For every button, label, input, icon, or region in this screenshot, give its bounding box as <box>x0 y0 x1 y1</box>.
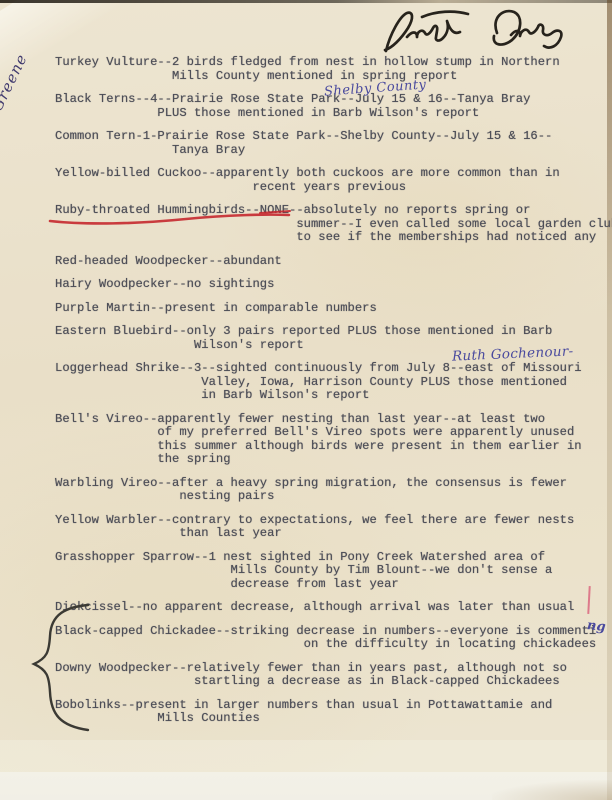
report-entry: Grasshopper Sparrow--1 nest sighted in P… <box>55 551 600 592</box>
handwritten-word-ending: ng <box>586 618 606 635</box>
report-entry: Common Tern-1-Prairie Rose State Park--S… <box>55 130 600 157</box>
paper-tone-band <box>0 740 612 772</box>
report-line: Yellow Warbler--contrary to expectations… <box>55 514 600 528</box>
report-line: than last year <box>55 527 600 541</box>
report-line: Purple Martin--present in comparable num… <box>55 302 600 316</box>
report-entry: Bobolinks--present in larger numbers tha… <box>55 699 600 726</box>
report-line: startling a decrease as in Black-capped … <box>55 675 600 689</box>
report-line: Red-headed Woodpecker--abundant <box>55 255 600 269</box>
report-entry: Yellow Warbler--contrary to expectations… <box>55 514 600 541</box>
report-line: decrease from last year <box>55 578 600 592</box>
report-line: the spring <box>55 453 600 467</box>
report-entry: Warbling Vireo--after a heavy spring mig… <box>55 477 600 504</box>
report-line: Eastern Bluebird--only 3 pairs reported … <box>55 325 600 339</box>
report-line: Grasshopper Sparrow--1 nest sighted in P… <box>55 551 600 565</box>
report-line: Valley, Iowa, Harrison County PLUS those… <box>55 376 600 390</box>
report-line: Bell's Vireo--apparently fewer nesting t… <box>55 413 600 427</box>
report-entry: Purple Martin--present in comparable num… <box>55 302 600 316</box>
report-line: recent years previous <box>55 181 600 195</box>
report-line: Hairy Woodpecker--no sightings <box>55 278 600 292</box>
report-entry: Loggerhead Shrike--3--sighted continuous… <box>55 362 600 403</box>
scan-edge-top <box>0 0 612 3</box>
report-line: Downy Woodpecker--relatively fewer than … <box>55 662 600 676</box>
typed-report: Turkey Vulture--2 birds fledged from nes… <box>55 56 600 736</box>
report-entry: Bell's Vireo--apparently fewer nesting t… <box>55 413 600 467</box>
signature-handwriting: Janet Greer <box>380 4 580 56</box>
report-line: of my preferred Bell's Vireo spots were … <box>55 426 600 440</box>
scan-edge-right <box>607 0 612 800</box>
document-page: Janet Greer Greene Turkey Vulture--2 bir… <box>0 0 612 800</box>
margin-brace-mark <box>18 598 98 743</box>
report-line: on the difficulty in locating chickadees <box>55 638 600 652</box>
report-entry: Black-capped Chickadee--striking decreas… <box>55 625 600 652</box>
report-entry: Hairy Woodpecker--no sightings <box>55 278 600 292</box>
report-entry: Downy Woodpecker--relatively fewer than … <box>55 662 600 689</box>
report-line: to see if the memberships had noticed an… <box>55 231 600 245</box>
report-line: Bobolinks--present in larger numbers tha… <box>55 699 600 713</box>
corner-shadow <box>492 780 612 800</box>
report-line: Tanya Bray <box>55 144 600 158</box>
report-entry: Yellow-billed Cuckoo--apparently both cu… <box>55 167 600 194</box>
report-entry: Dickcissel--no apparent decrease, althou… <box>55 601 600 615</box>
report-line: Common Tern-1-Prairie Rose State Park--S… <box>55 130 600 144</box>
report-line: Turkey Vulture--2 birds fledged from nes… <box>55 56 600 70</box>
report-line: nesting pairs <box>55 490 600 504</box>
report-line: Mills County by Tim Blount--we don't sen… <box>55 564 600 578</box>
report-entry: Red-headed Woodpecker--abundant <box>55 255 600 269</box>
report-line: this summer although birds were present … <box>55 440 600 454</box>
report-line: Mills County mentioned in spring report <box>55 70 600 84</box>
report-line: Mills Counties <box>55 712 600 726</box>
report-entry: Turkey Vulture--2 birds fledged from nes… <box>55 56 600 83</box>
report-line: PLUS those mentioned in Barb Wilson's re… <box>55 107 600 121</box>
report-line: Black-capped Chickadee--striking decreas… <box>55 625 600 639</box>
report-line: Yellow-billed Cuckoo--apparently both cu… <box>55 167 600 181</box>
red-underline-mark <box>46 206 298 228</box>
report-line: in Barb Wilson's report <box>55 389 600 403</box>
report-line: Loggerhead Shrike--3--sighted continuous… <box>55 362 600 376</box>
report-line: Warbling Vireo--after a heavy spring mig… <box>55 477 600 491</box>
report-line: Dickcissel--no apparent decrease, althou… <box>55 601 600 615</box>
